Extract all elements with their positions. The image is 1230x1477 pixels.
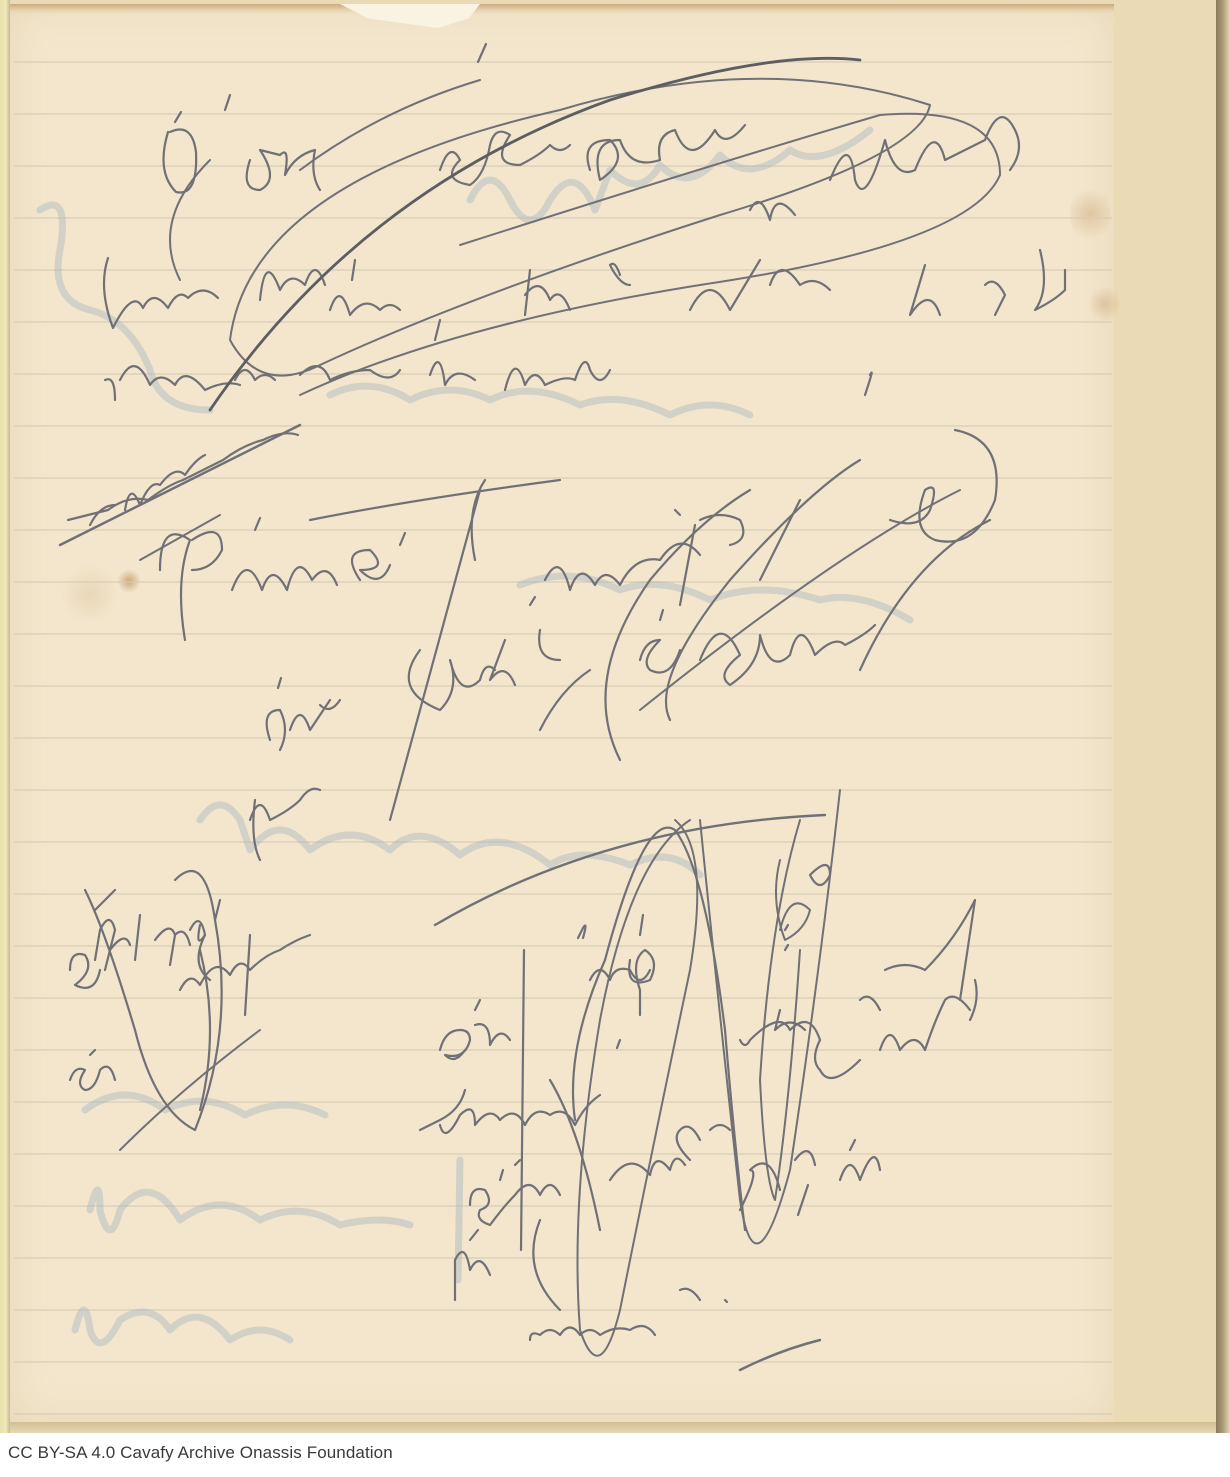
handwriting-layer xyxy=(0,0,1230,1433)
manuscript-scan xyxy=(0,0,1230,1433)
ruled-lines xyxy=(14,62,1112,1414)
license-credit: CC BY-SA 4.0 Cavafy Archive Onassis Foun… xyxy=(8,1443,393,1463)
pencil-ink xyxy=(60,44,1065,1370)
page-bottom-edge xyxy=(10,1422,1216,1433)
